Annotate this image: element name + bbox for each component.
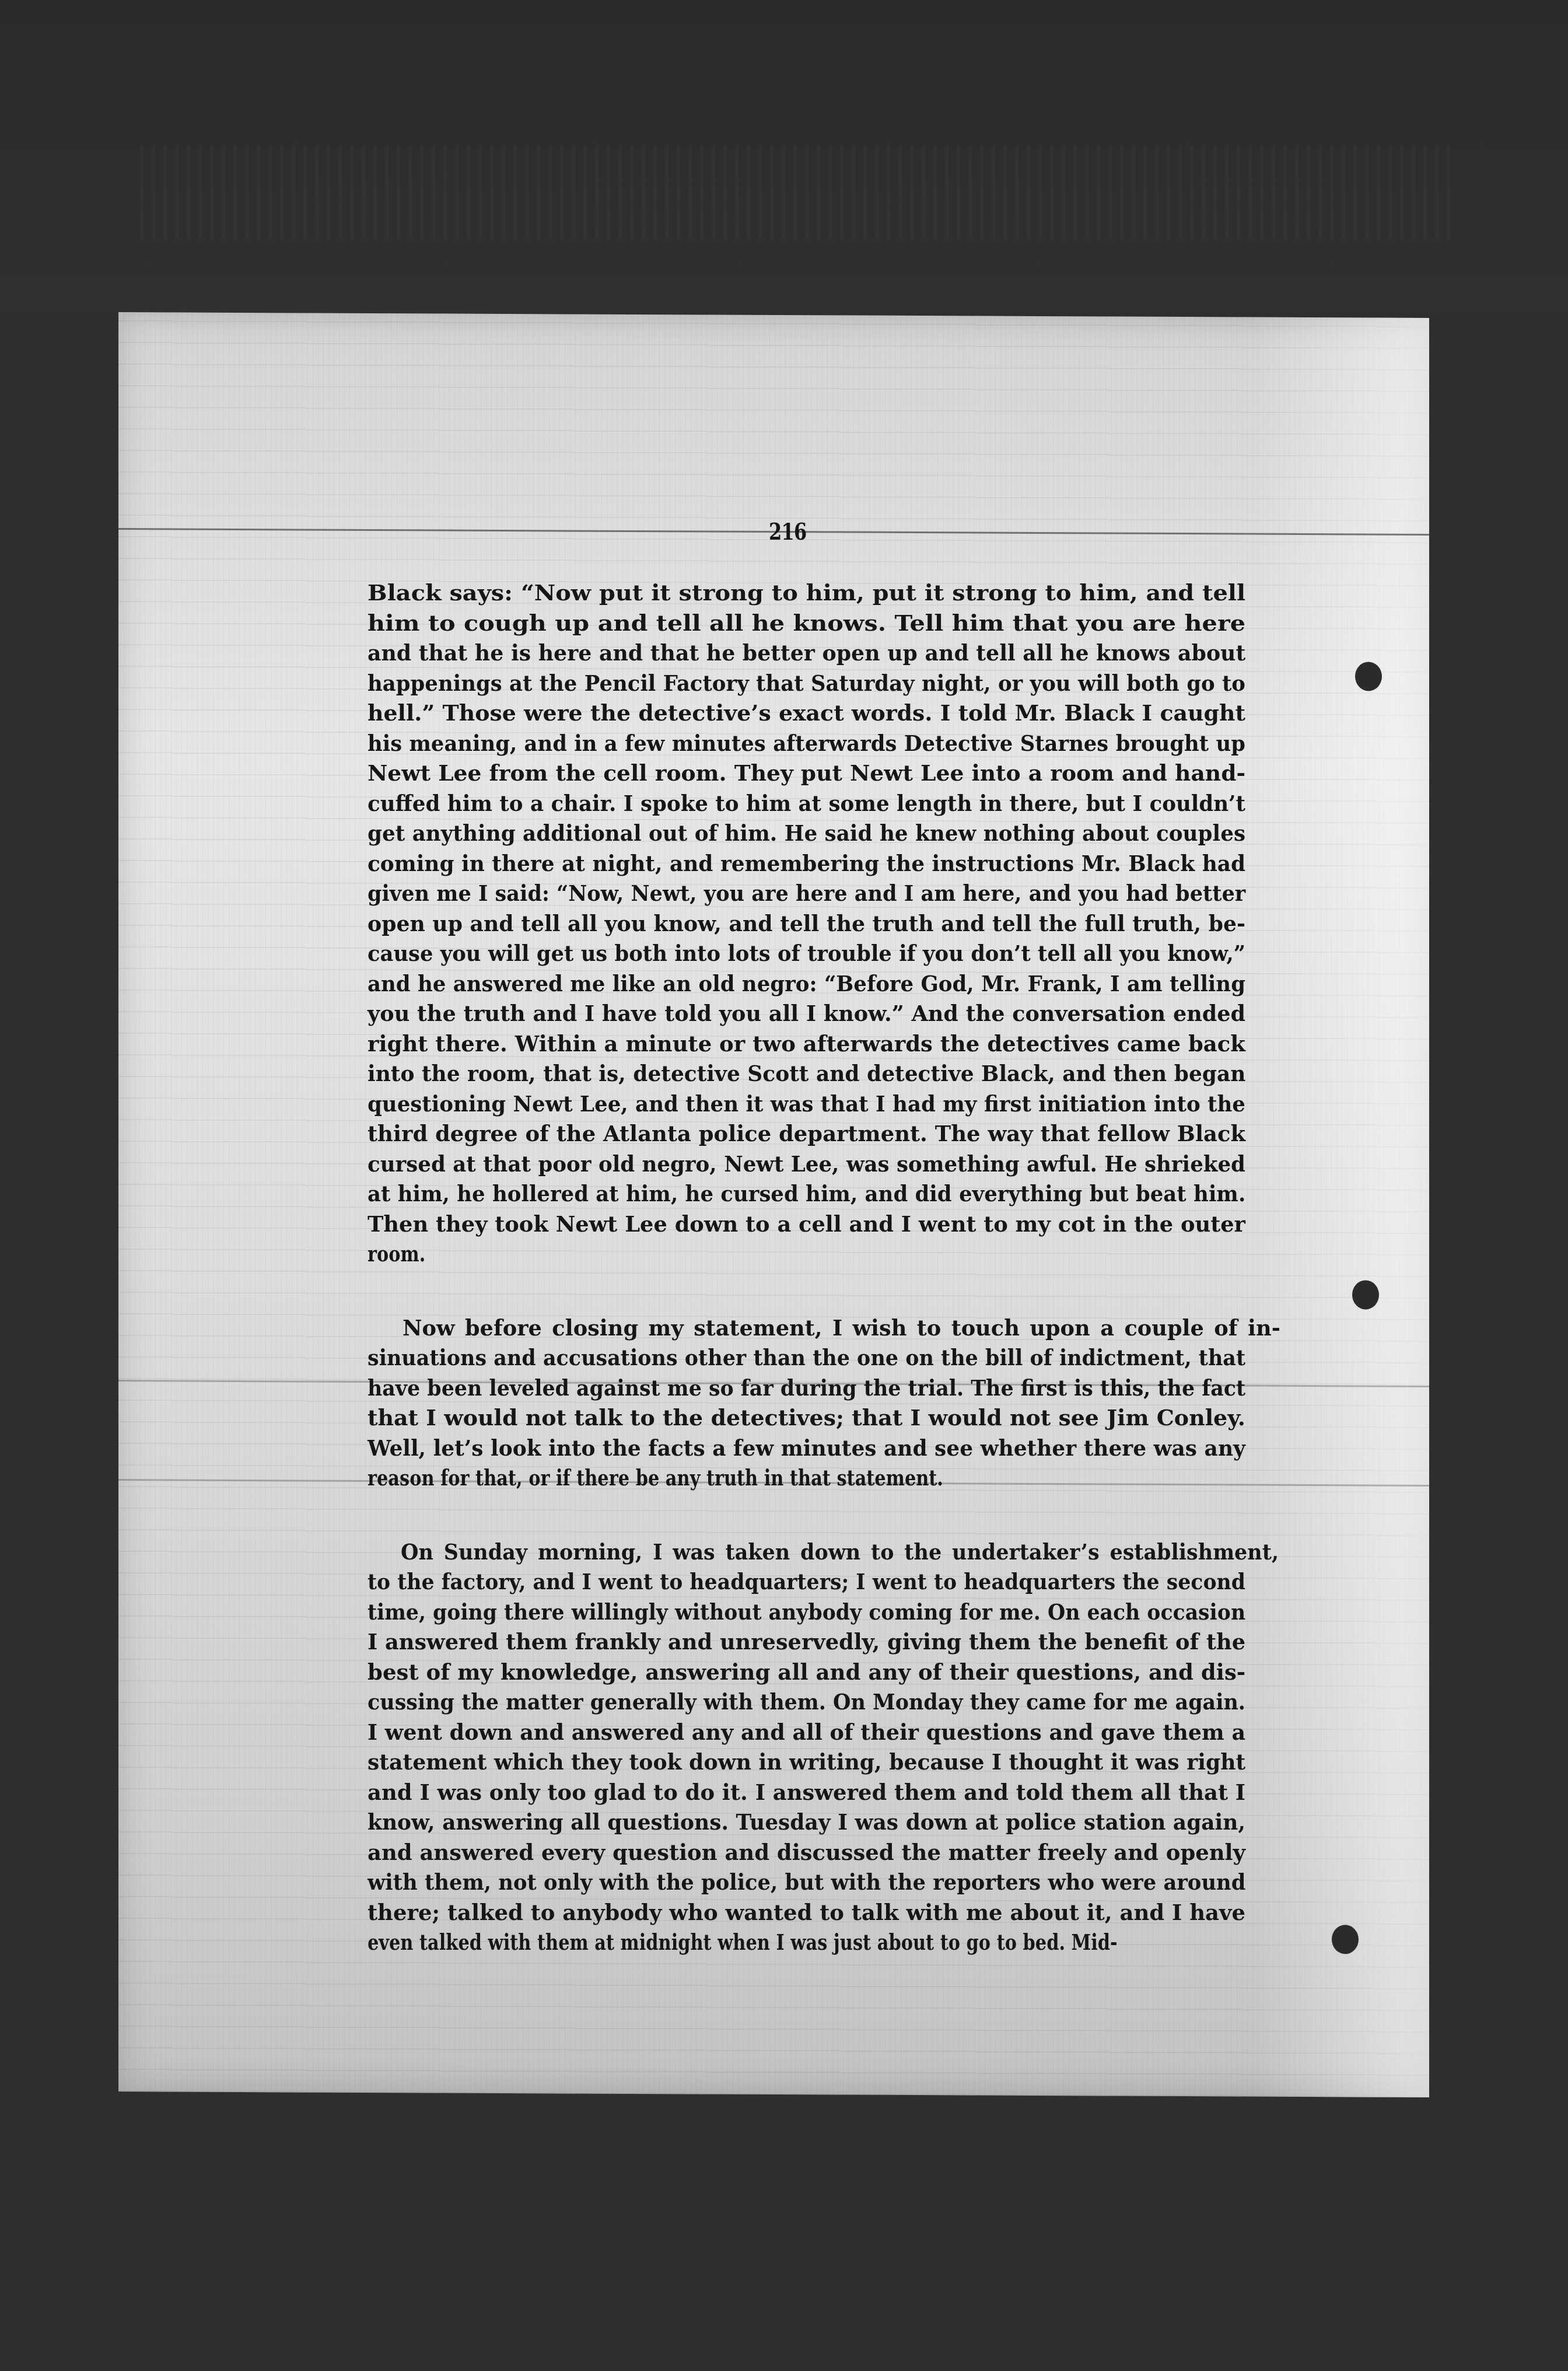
text-line: questioning Newt Lee, and then it was th… — [367, 1089, 1245, 1119]
text-line: given me I said: “Now, Newt, you are her… — [367, 878, 1245, 908]
text-line: happenings at the Pencil Factory that Sa… — [367, 668, 1245, 698]
punch-hole — [1332, 1925, 1359, 1954]
paragraph: On Sunday morning, I was taken down to t… — [367, 1537, 1248, 1957]
text-line: reason for that, or if there be any trut… — [367, 1463, 943, 1493]
text-line: have been leveled against me so far duri… — [367, 1373, 1245, 1403]
text-line: and answered every question and discusse… — [367, 1837, 1245, 1868]
text-line: him to cough up and tell all he knows. T… — [367, 608, 1245, 638]
text-line: cussing the matter generally with them. … — [367, 1687, 1245, 1717]
text-line: and I was only too glad to do it. I answ… — [367, 1777, 1245, 1807]
page-number: 216 — [769, 518, 806, 545]
text-line: and he answered me like an old negro: “B… — [367, 968, 1245, 999]
text-line: statement which they took down in writin… — [367, 1747, 1245, 1777]
scan-glare — [1254, 317, 1429, 2097]
text-line: sinuations and accusations other than th… — [367, 1342, 1245, 1373]
text-line: I went down and answered any and all of … — [367, 1717, 1245, 1747]
text-line: even talked with them at midnight when I… — [367, 1927, 1118, 1957]
text-line: get anything additional out of him. He s… — [367, 818, 1245, 848]
text-line: Black says: “Now put it strong to him, p… — [367, 578, 1245, 608]
text-line: best of my knowledge, answering all and … — [367, 1657, 1245, 1687]
text-line: time, going there willingly without anyb… — [367, 1597, 1245, 1627]
text-line: to the factory, and I went to headquarte… — [367, 1566, 1245, 1597]
text-line: On Sunday morning, I was taken down to t… — [367, 1537, 1279, 1567]
text-line: coming in there at night, and rememberin… — [367, 848, 1245, 879]
text-line: hell.” Those were the detective’s exact … — [367, 698, 1245, 728]
text-line: Newt Lee from the cell room. They put Ne… — [367, 758, 1245, 788]
bleed-through-text — [140, 146, 1452, 239]
text-line: Now before closing my statement, I wish … — [367, 1313, 1280, 1343]
text-line: cause you will get us both into lots of … — [367, 938, 1245, 968]
body-text: Black says: “Now put it strong to him, p… — [367, 578, 1248, 1957]
text-line: that I would not talk to the detectives;… — [367, 1403, 1245, 1433]
text-line: his meaning, and in a few minutes afterw… — [367, 728, 1245, 758]
text-line: I answered them frankly and unreservedly… — [367, 1627, 1245, 1657]
text-line: into the room, that is, detective Scott … — [367, 1058, 1245, 1089]
text-line: you the truth and I have told you all I … — [367, 998, 1245, 1029]
text-line: know, answering all questions. Tuesday I… — [367, 1807, 1245, 1837]
text-line: third degree of the Atlanta police depar… — [367, 1118, 1245, 1149]
text-line: there; talked to anybody who wanted to t… — [367, 1897, 1245, 1928]
punch-hole — [1352, 1280, 1379, 1309]
text-line: room. — [367, 1239, 425, 1269]
text-line: Well, let’s look into the facts a few mi… — [367, 1433, 1245, 1463]
microfilm-border — [0, 0, 1568, 312]
text-line: and that he is here and that he better o… — [367, 638, 1245, 668]
text-line: Then they took Newt Lee down to a cell a… — [367, 1209, 1245, 1239]
text-line: cursed at that poor old negro, Newt Lee,… — [367, 1149, 1245, 1179]
punch-hole — [1355, 662, 1382, 691]
text-line: cuffed him to a chair. I spoke to him at… — [367, 788, 1245, 819]
paragraph: Black says: “Now put it strong to him, p… — [367, 578, 1248, 1269]
text-line: with them, not only with the police, but… — [367, 1867, 1245, 1897]
text-line: at him, he hollered at him, he cursed hi… — [367, 1178, 1245, 1209]
text-line: open up and tell all you know, and tell … — [367, 908, 1245, 939]
text-line: right there. Within a minute or two afte… — [367, 1029, 1245, 1059]
paragraph: Now before closing my statement, I wish … — [367, 1313, 1248, 1493]
